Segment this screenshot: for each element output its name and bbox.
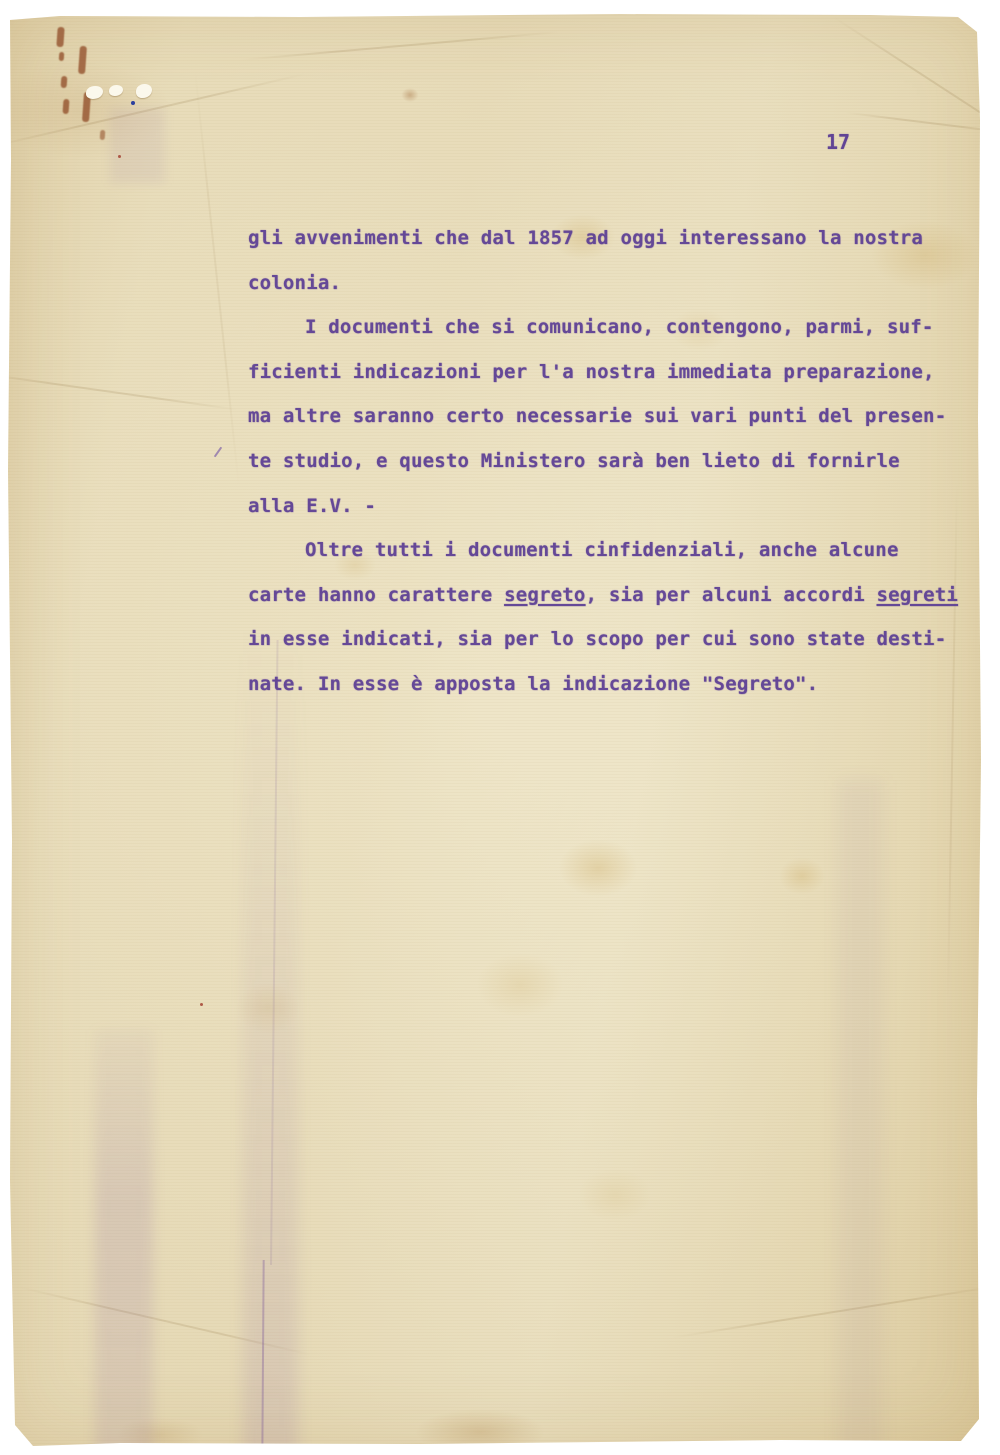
text-segment: te studio, e questo Ministero sarà ben l… bbox=[248, 450, 900, 472]
text-line: ficienti indicazioni per l'a nostra imme… bbox=[248, 361, 935, 383]
text-segment: nate. In esse è apposta la indicazione "… bbox=[248, 673, 818, 695]
text-segment: ma altre saranno certo necessarie sui va… bbox=[248, 405, 946, 427]
text-line: colonia. bbox=[248, 272, 341, 294]
text-segment: in esse indicati, sia per lo scopo per c… bbox=[248, 628, 946, 650]
text-line: Oltre tutti i documenti cinfidenziali, a… bbox=[305, 539, 899, 561]
text-line: I documenti che si comunicano, contengon… bbox=[305, 316, 934, 338]
text-segment: , sia per alcuni accordi bbox=[586, 584, 877, 606]
text-line: gli avvenimenti che dal 1857 ad oggi int… bbox=[248, 227, 923, 249]
text-segment: Oltre tutti i documenti cinfidenziali, a… bbox=[305, 539, 899, 561]
text-line: carte hanno carattere segreto, sia per a… bbox=[248, 584, 958, 606]
text-line: in esse indicati, sia per lo scopo per c… bbox=[248, 628, 946, 650]
underlined-word: segreto bbox=[504, 584, 585, 606]
text-segment: gli avvenimenti che dal 1857 ad oggi int… bbox=[248, 227, 923, 249]
text-line: te studio, e questo Ministero sarà ben l… bbox=[248, 450, 900, 472]
underlined-word: segreti bbox=[877, 584, 958, 606]
text-line: nate. In esse è apposta la indicazione "… bbox=[248, 673, 818, 695]
text-segment: I documenti che si comunicano, contengon… bbox=[305, 316, 934, 338]
document-text: gli avvenimenti che dal 1857 ad oggi int… bbox=[0, 0, 1000, 1455]
text-segment: ficienti indicazioni per l'a nostra imme… bbox=[248, 361, 935, 383]
text-line: alla E.V. - bbox=[248, 495, 376, 517]
document-page: 17 gli avvenimenti che dal 1857 ad oggi … bbox=[0, 0, 1000, 1455]
text-segment: alla E.V. - bbox=[248, 495, 376, 517]
text-segment: carte hanno carattere bbox=[248, 584, 504, 606]
scan-background: 17 gli avvenimenti che dal 1857 ad oggi … bbox=[0, 0, 1000, 1455]
text-segment: colonia. bbox=[248, 272, 341, 294]
text-line: ma altre saranno certo necessarie sui va… bbox=[248, 405, 946, 427]
